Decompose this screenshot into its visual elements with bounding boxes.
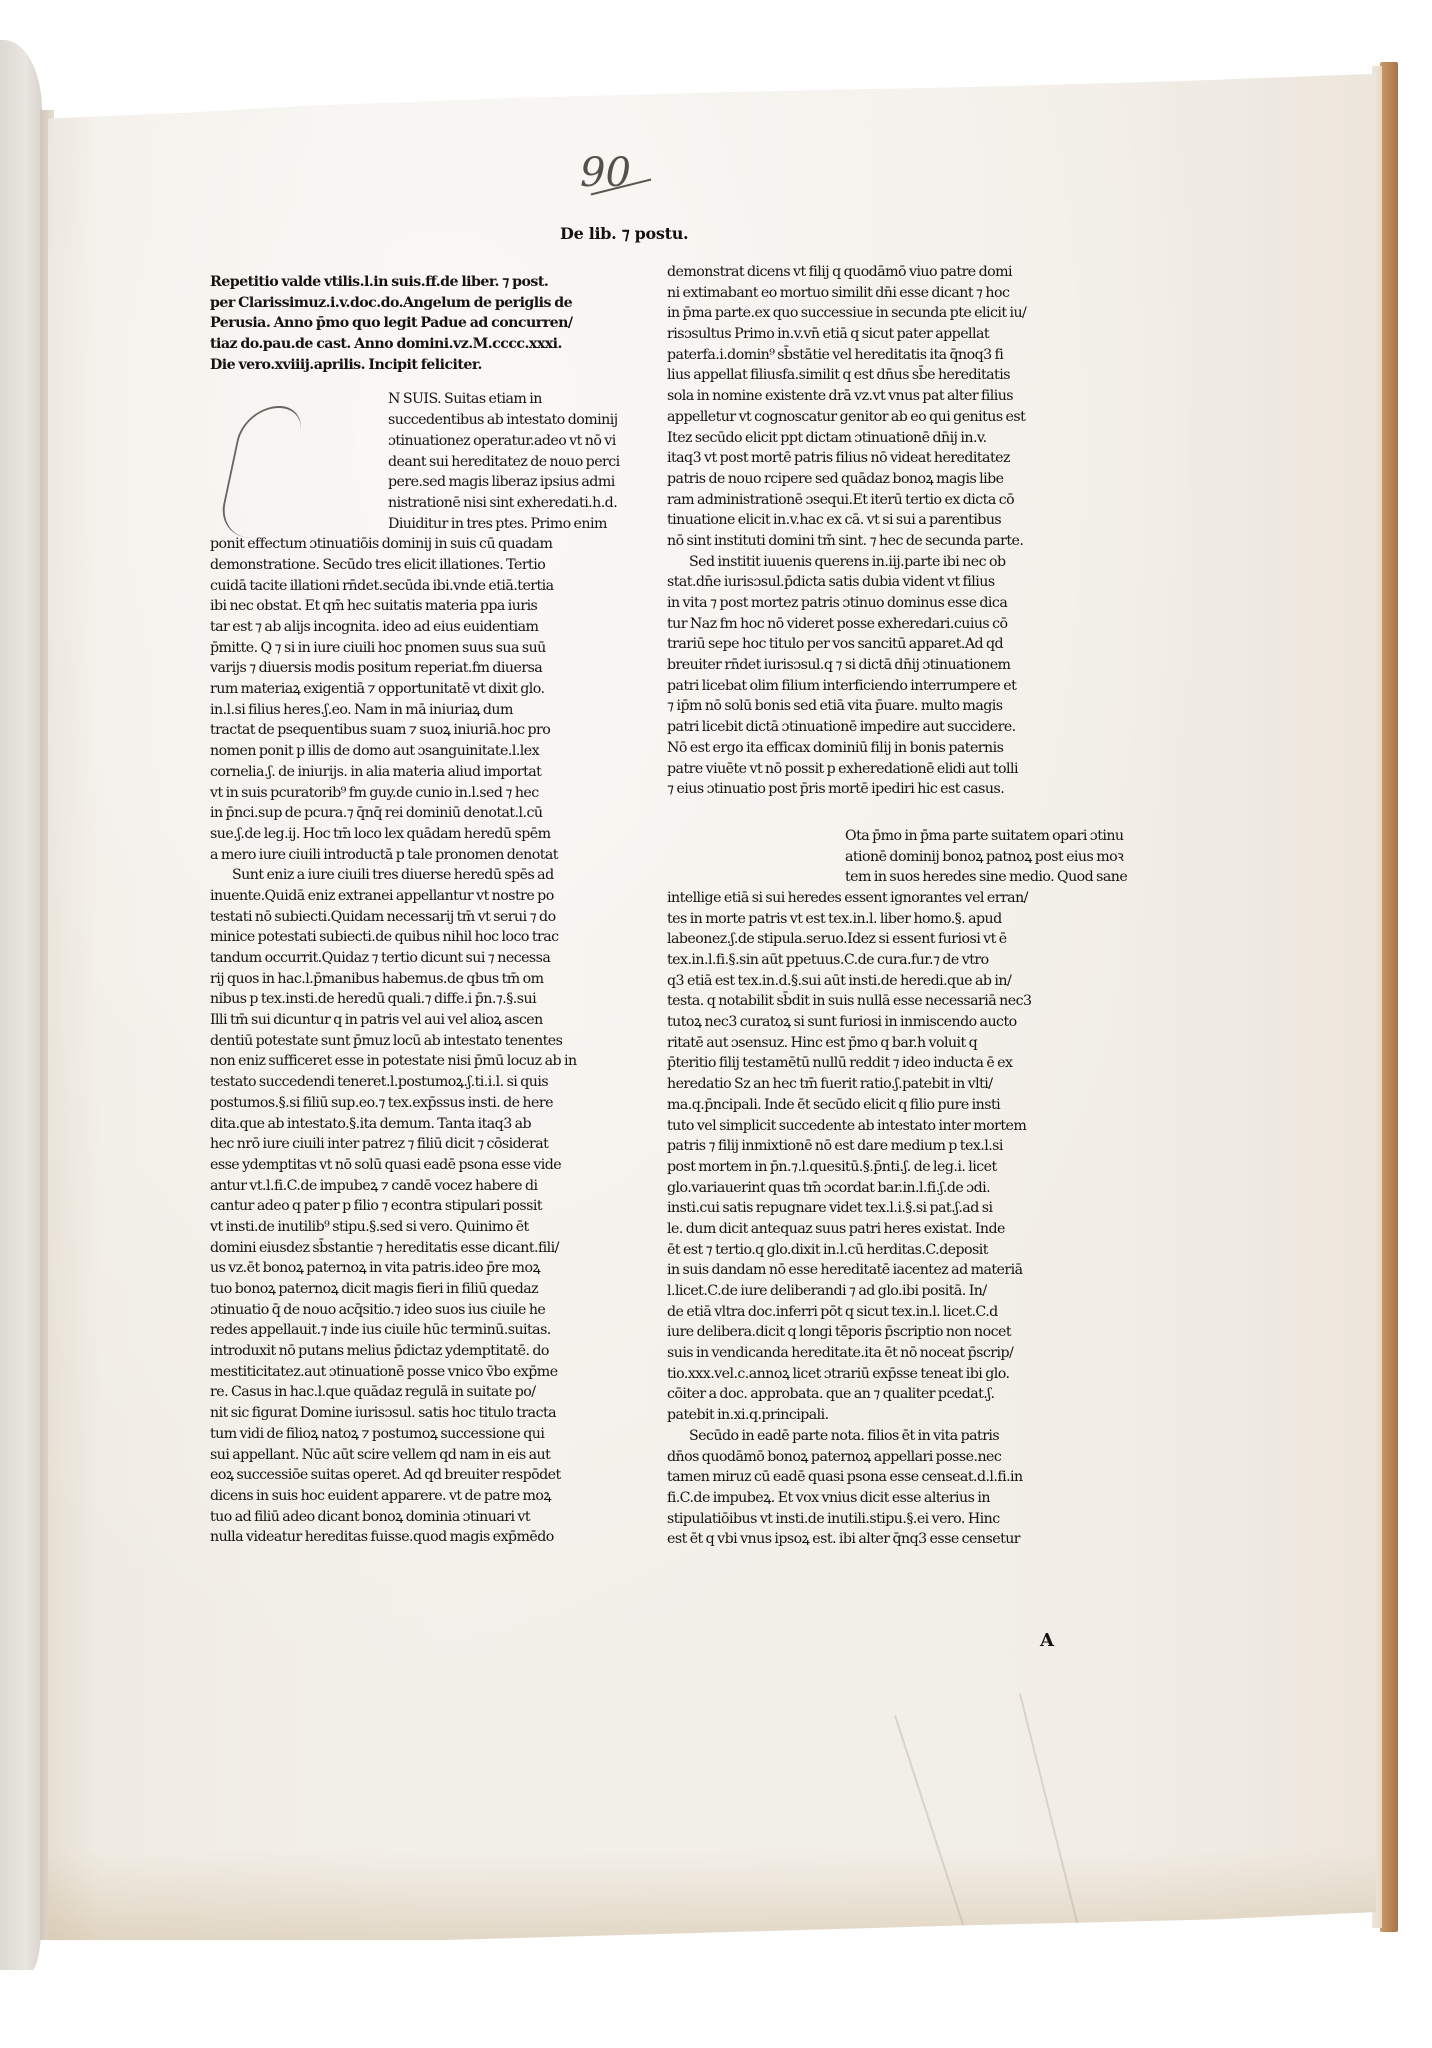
text-line: dicens in suis hoc euident apparere. vt …	[210, 1486, 590, 1507]
previous-leaf-edge	[0, 40, 42, 1970]
text-line: trariū sepe hoc titulo per vos sancitū a…	[667, 634, 1052, 655]
text-line: ēt est ⁊ tertio.q glo.dixit in.l.cū herd…	[667, 1240, 1052, 1261]
text-line: demonstrat dicens vt filij q quodāmō viu…	[667, 262, 1052, 283]
text-line: us vz.ēt bonoꝝ paternoꝝ in vita patris.i…	[210, 1258, 590, 1279]
text-line: patre viuēte vt nō possit p exheredation…	[667, 759, 1052, 780]
text-line: eoꝝ successiōe suitas operet. Ad qd breu…	[210, 1465, 590, 1486]
text-line: succedentibus ab intestato dominij	[210, 410, 590, 431]
text-line: per Clarissimuz.i.v.doc.do.Angelum de pe…	[210, 293, 590, 314]
paper-crease	[894, 1715, 964, 1925]
text-line: tutoꝝ nec3 curatoꝝ si sunt furiosi in in…	[667, 1012, 1052, 1033]
running-head: De lib. ⁊ postu.	[560, 224, 688, 243]
text-column-left: Repetitio valde vtilis.l.in suis.ff.de l…	[210, 272, 590, 1548]
text-line: Sunt eniz a iure ciuili tres diuerse her…	[210, 865, 590, 886]
text-line: q3 etiā est tex.in.d.§.sui aūt insti.de …	[667, 971, 1052, 992]
text-line: patris de nouo rcipere sed quādaz bonoꝝ …	[667, 469, 1052, 490]
text-line: cuidā tacite illationi rn̄det.secūda ibi…	[210, 576, 590, 597]
text-line: dita.que ab intestato.§.ita demum. Tanta…	[210, 1114, 590, 1135]
text-line: patri licebat olim filium interficiendo …	[667, 676, 1052, 697]
text-line: deant sui hereditatez de nouo perci	[210, 452, 590, 473]
text-line: tes in morte patris vt est tex.in.l. lib…	[667, 909, 1052, 930]
paper-crease	[1019, 1693, 1079, 1926]
text-line: ɔtinuatio q̄ de nouo acq̄sitio.⁊ ideo su…	[210, 1300, 590, 1321]
text-line: nulla videatur hereditas fuisse.quod mag…	[210, 1527, 590, 1548]
text-line: tractat de psequentibus suam ⁊ suoꝝ iniu…	[210, 720, 590, 741]
text-line: tiaz do.pau.de cast. Anno domini.vz.M.cc…	[210, 334, 590, 355]
text-line: itaq3 vt post mortē patris filius nō vid…	[667, 448, 1052, 469]
text-line: lius appellat filiusfa.similit q est dn̄…	[667, 365, 1052, 386]
text-line: Ota p̄mo in p̄ma parte suitatem opari ɔt…	[667, 826, 1052, 847]
text-line: domini eiusdez sb̄stantie ⁊ hereditatis …	[210, 1238, 590, 1259]
text-line: le. dum dicit antequaz suus patri heres …	[667, 1219, 1052, 1240]
text-line: Perusia. Anno p̄mo quo legit Padue ad co…	[210, 313, 590, 334]
text-line: sui appellant. Nūc aūt scire vellem qd n…	[210, 1445, 590, 1466]
text-line: ni extimabant eo mortuo similit dn̄i ess…	[667, 283, 1052, 304]
text-line: N SUIS. Suitas etiam in	[210, 389, 590, 410]
text-line: hec nrō iure ciuili inter patrez ⁊ filiū…	[210, 1134, 590, 1155]
text-line: cantur adeo q pater p filio ⁊ econtra st…	[210, 1196, 590, 1217]
text-line: ⁊ ip̄m nō solū bonis sed etiā vita p̄uar…	[667, 696, 1052, 717]
text-line: patri licebit dictā ɔtinuationē impedire…	[667, 717, 1052, 738]
text-line: tex.in.l.fi.§.sin aūt ppetuus.C.de cura.…	[667, 950, 1052, 971]
text-line: stipulatiōibus vt insti.de inutili.stipu…	[667, 1509, 1052, 1530]
text-line: breuiter rn̄det iurisɔsul.q ⁊ si dictā d…	[667, 655, 1052, 676]
text-line: Die vero.xviiij.aprilis. Incipit felicit…	[210, 355, 590, 376]
text-line: ram administrationē ɔsequi.Et iterū tert…	[667, 490, 1052, 511]
text-line: esse ydemptitas vt nō solū quasi eadē ps…	[210, 1155, 590, 1176]
text-line: nomen ponit p illis de domo aut ɔsanguin…	[210, 741, 590, 762]
text-line: in suis dandam nō esse hereditatē iacent…	[667, 1260, 1052, 1281]
text-line: in.l.si filius heres.ʃ.eo. Nam in mā ini…	[210, 700, 590, 721]
text-line: Nō est ergo ita efficax dominiū filij in…	[667, 738, 1052, 759]
text-line: demonstratione. Secūdo tres elicit illat…	[210, 555, 590, 576]
text-line: fi.C.de impubeꝝ. Et vox vnius dicit esse…	[667, 1488, 1052, 1509]
binding-board-edge	[1380, 62, 1398, 1932]
text-line: mestiticitatez.aut ɔtinuationē posse vni…	[210, 1362, 590, 1383]
text-line: stat.dn̄e iurisɔsul.p̄dicta satis dubia …	[667, 572, 1052, 593]
text-line: ibi nec obstat. Et qm̄ hec suitatis mate…	[210, 596, 590, 617]
text-line: tar est ⁊ ab alijs incognita. ideo ad ei…	[210, 617, 590, 638]
text-line: tur Naz fm hoc nō videret posse exhereda…	[667, 614, 1052, 635]
text-line: nit sic figurat Domine iurisɔsul. satis …	[210, 1403, 590, 1424]
text-line: patebit in.xi.q.principali.	[667, 1405, 1052, 1426]
text-line: patris ⁊ filij inmixtionē nō est dare me…	[667, 1136, 1052, 1157]
text-line: iure delibera.dicit q longi tēporis p̄sc…	[667, 1322, 1052, 1343]
text-line: ponit effectum ɔtinuatiōis dominij in su…	[210, 534, 590, 555]
text-line: Secūdo in eadē parte nota. filios ēt in …	[667, 1426, 1052, 1447]
text-line: in p̄ma parte.ex quo successiue in secun…	[667, 303, 1052, 324]
text-line: paterfa.i.domin⁹ sb̄stātie vel hereditat…	[667, 345, 1052, 366]
text-line: ma.q.p̄ncipali. Inde ēt secūdo elicit q …	[667, 1095, 1052, 1116]
folio-number-pencil: 90	[580, 148, 660, 198]
text-line: tuto vel simplicit succedente ab intesta…	[667, 1116, 1052, 1137]
text-column-right: demonstrat dicens vt filij q quodāmō viu…	[667, 262, 1052, 1550]
text-line: cōiter a doc. approbata. que an ⁊ qualit…	[667, 1384, 1052, 1405]
text-line: postumos.§.si filiū sup.eo.⁊ tex.exp̄ssu…	[210, 1093, 590, 1114]
text-line: ritatē aut ɔsensuz. Hinc est p̄mo q bar.…	[667, 1033, 1052, 1054]
text-line: vt in suis pcuratorib⁹ fm guy.de cunio i…	[210, 783, 590, 804]
text-line: dn̄os quodāmō bonoꝝ paternoꝝ appellari p…	[667, 1447, 1052, 1468]
text-line: cornelia.ʃ. de iniurijs. in alia materia…	[210, 762, 590, 783]
text-line: ationē dominij bonoꝝ patnoꝝ post eius mo…	[667, 847, 1052, 868]
text-line: glo.variauerint quas tm̄ ɔcordat bar.in.…	[667, 1178, 1052, 1199]
text-line: sola in nomine existente drā vz.vt vnus …	[667, 386, 1052, 407]
paragraph-gap	[667, 800, 1052, 826]
text-line: intellige etiā si sui heredes essent ign…	[667, 888, 1052, 909]
text-line: in vita ⁊ post mortez patris ɔtinuo domi…	[667, 593, 1052, 614]
text-line: l.licet.C.de iure deliberandi ⁊ ad glo.i…	[667, 1281, 1052, 1302]
text-line: Diuiditur in tres ptes. Primo enim	[210, 514, 590, 535]
text-line: nistrationē nisi sint exheredati.h.d.	[210, 493, 590, 514]
text-line: in p̄nci.sup de pcura.⁊ q̄nq̄ rei domini…	[210, 803, 590, 824]
text-line: tuo bonoꝝ paternoꝝ dicit magis fieri in …	[210, 1279, 590, 1300]
text-line: est ēt q vbi vnus ipsoꝝ est. ibi alter q…	[667, 1529, 1052, 1550]
paragraph-gap	[210, 375, 590, 389]
text-line: inuente.Quidā eniz extranei appellantur …	[210, 886, 590, 907]
text-line: rum materiaꝝ exigentiā ⁊ opportunitatē v…	[210, 679, 590, 700]
text-line: testato succedendi teneret.l.postumoꝝ.ʃ.…	[210, 1072, 590, 1093]
text-line: p̄mitte. Q ⁊ si in iure ciuili hoc pnome…	[210, 638, 590, 659]
text-line: appelletur vt cognoscatur genitor ab eo …	[667, 407, 1052, 428]
text-line: tuo ad filiū adeo dicant bonoꝝ dominia ɔ…	[210, 1507, 590, 1528]
text-line: nibus p tex.insti.de heredū quali.⁊ diff…	[210, 989, 590, 1010]
text-line: vt insti.de inutilib⁹ stipu.§.sed si ver…	[210, 1217, 590, 1238]
text-line: suis in vendicanda hereditate.ita ēt nō …	[667, 1343, 1052, 1364]
text-line: dentiū potestate sunt p̄muz locū ab inte…	[210, 1031, 590, 1052]
text-line: nō sint instituti domini tm̄ sint. ⁊ hec…	[667, 531, 1052, 552]
text-line: Sed institit iuuenis querens in.iij.part…	[667, 552, 1052, 573]
text-line: re. Casus in hac.l.que quādaz regulā in …	[210, 1382, 590, 1403]
text-line: varijs ⁊ diuersis modis positum reperiat…	[210, 658, 590, 679]
text-line: labeonez.ʃ.de stipula.seruo.Idez si esse…	[667, 929, 1052, 950]
text-line: antur vt.l.fi.C.de impubeꝝ ⁊ candē vocez…	[210, 1176, 590, 1197]
text-line: redes appellauit.⁊ inde ius ciuile hūc t…	[210, 1320, 590, 1341]
text-line: non eniz sufficeret esse in potestate ni…	[210, 1051, 590, 1072]
text-line: Illi tm̄ sui dicuntur q in patris vel au…	[210, 1010, 590, 1031]
text-line: tandum occurrit.Quidaz ⁊ tertio dicunt s…	[210, 948, 590, 969]
text-line: a mero iure ciuili introductā p tale pro…	[210, 845, 590, 866]
text-line: rij quos in hac.l.p̄manibus habemus.de q…	[210, 969, 590, 990]
text-line: tem in suos heredes sine medio. Quod san…	[667, 867, 1052, 888]
text-line: introduxit nō putans melius p̄dictaz yde…	[210, 1341, 590, 1362]
text-line: tinuatione elicit in.v.hac ex cā. vt si …	[667, 510, 1052, 531]
text-line: risɔsultus Primo in.v.vn̄ etiā q sicut p…	[667, 324, 1052, 345]
text-line: insti.cui satis repugnare videt tex.l.i.…	[667, 1198, 1052, 1219]
text-line: minice potestati subiecti.de quibus nihi…	[210, 927, 590, 948]
text-line: ɔtinuationez operatur.adeo vt nō vi	[210, 431, 590, 452]
text-line: pere.sed magis liberaz ipsius admi	[210, 472, 590, 493]
text-line: testa. q notabilit sb̄dit in suis nullā …	[667, 991, 1052, 1012]
signature-mark: A	[1040, 1630, 1054, 1651]
text-line: Repetitio valde vtilis.l.in suis.ff.de l…	[210, 272, 590, 293]
text-line: tamen miruz cū eadē quasi psona esse cen…	[667, 1467, 1052, 1488]
text-line: testati nō subiecti.Quidam necessarij tm…	[210, 907, 590, 928]
text-line: tio.xxx.vel.c.annoꝝ licet ɔtrariū exp̄ss…	[667, 1364, 1052, 1385]
text-line: post mortem in p̄n.⁊.l.quesitū.§.p̄nti.ʃ…	[667, 1157, 1052, 1178]
text-line: Itez secūdo elicit ppt dictam ɔtinuation…	[667, 428, 1052, 449]
text-line: sue.ʃ.de leg.ij. Hoc tm̄ loco lex quādam…	[210, 824, 590, 845]
text-line: tum vidi de filioꝝ natoꝝ ⁊ postumoꝝ succ…	[210, 1424, 590, 1445]
text-line: p̄teritio filij testamētū nullū reddit ⁊…	[667, 1053, 1052, 1074]
text-line: ⁊ eius ɔtinuatio post p̄ris mortē ipedir…	[667, 779, 1052, 800]
text-line: heredatio Sz an hec tm̄ fuerit ratio.ʃ.p…	[667, 1074, 1052, 1095]
text-line: de etiā vltra doc.inferri pōt q sicut te…	[667, 1302, 1052, 1323]
